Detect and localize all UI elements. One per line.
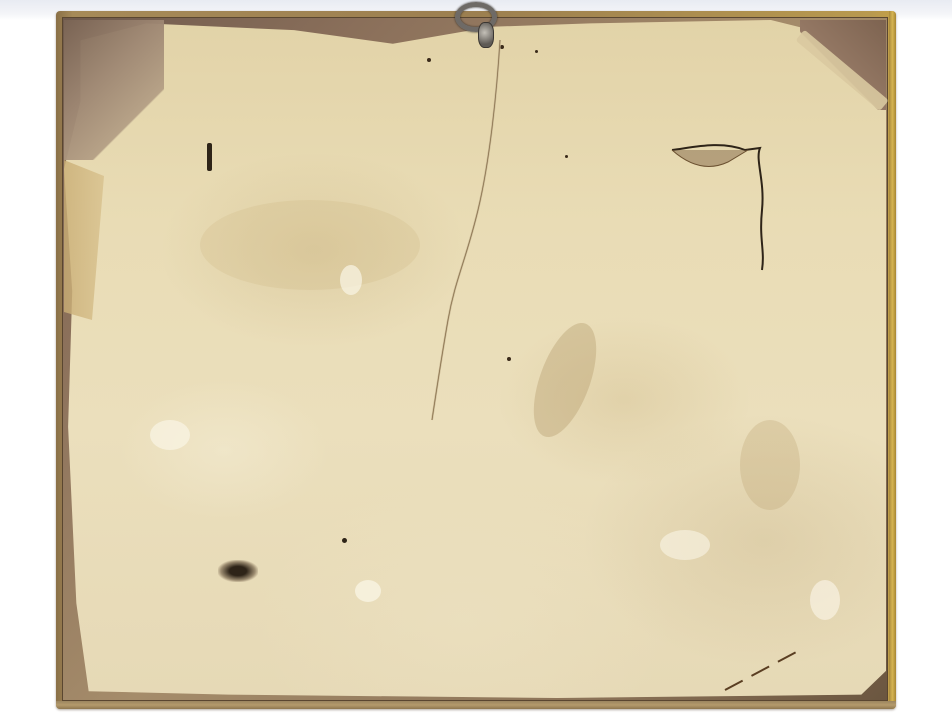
- paper-cracks: [0, 0, 952, 714]
- photo-scene: [0, 0, 952, 714]
- ring-screw-eye-icon: [478, 22, 494, 48]
